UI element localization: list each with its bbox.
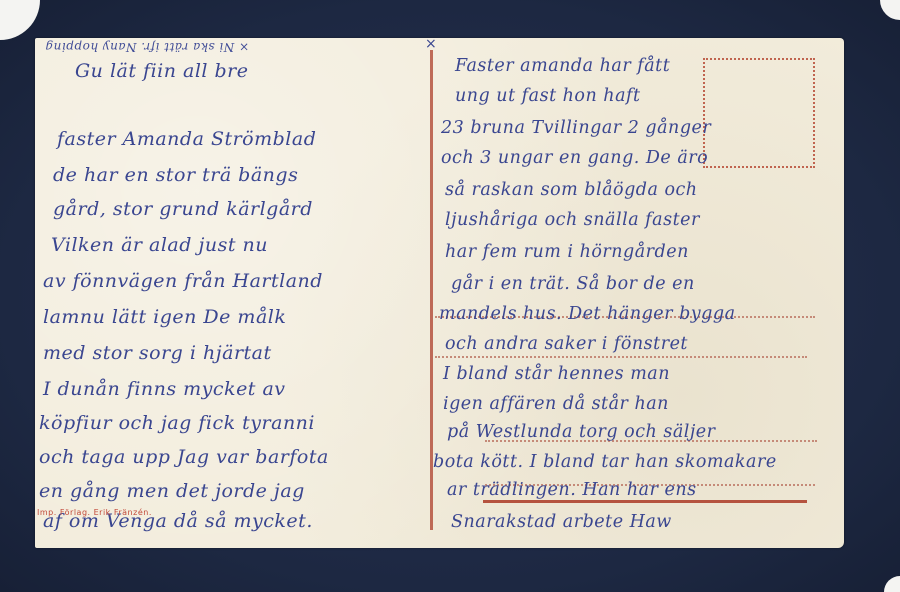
message-line: faster Amanda Strömblad [57, 128, 316, 150]
message-line: ung ut fast hon haft [455, 86, 641, 106]
address-line [435, 356, 807, 358]
message-line: Snarakstad arbete Haw [451, 512, 672, 532]
message-line: en gång men det jorde jag [39, 480, 305, 502]
message-line: och 3 ungar en gang. De äro [441, 148, 708, 168]
message-line: ljushåriga och snälla faster [445, 210, 700, 230]
address-underline [483, 500, 807, 503]
message-line: 23 bruna Tvillingar 2 gånger [441, 118, 711, 138]
message-line: så raskan som blåögda och [445, 180, 698, 200]
message-line: igen affären då står han [443, 394, 669, 414]
message-line: Vilken är alad just nu [51, 234, 268, 256]
postcard: × × Ni ska rätt ifr. Nany hopping Gu lät… [35, 38, 844, 548]
message-line: lamnu lätt igen De målk [43, 306, 286, 328]
message-line: på Westlunda torg och säljer [447, 422, 716, 442]
message-line: I dunån finns mycket av [43, 378, 286, 400]
upside-down-note: × Ni ska rätt ifr. Nany hopping [45, 40, 249, 54]
message-line: ar trädlingen. Han har ens [447, 480, 697, 500]
message-line: Gu lät fiin all bre [75, 60, 249, 82]
stamp-box [703, 58, 815, 168]
publisher-imprint: Imp. Förlag. Erik Fränzén. [37, 508, 152, 517]
message-line: bota kött. I bland tar han skomakare [433, 452, 777, 472]
message-line: av fönnvägen från Hartland [43, 270, 323, 292]
cross-mark: × [425, 38, 437, 52]
message-line: har fem rum i hörngården [445, 242, 689, 262]
message-line: och andra saker i fönstret [445, 334, 688, 354]
message-line: med stor sorg i hjärtat [43, 342, 272, 364]
message-line: köpfiur och jag fick tyranni [39, 412, 315, 434]
message-line: mandels hus. Det hänger bygga [439, 304, 736, 324]
message-line: gård, stor grund kärlgård [53, 198, 313, 220]
message-line: Faster amanda har fått [455, 56, 670, 76]
message-line: de har en stor trä bängs [53, 164, 298, 186]
message-line: I bland står hennes man [443, 364, 670, 384]
message-line: går i en trät. Så bor de en [451, 274, 695, 294]
message-line: och taga upp Jag var barfota [39, 446, 329, 468]
